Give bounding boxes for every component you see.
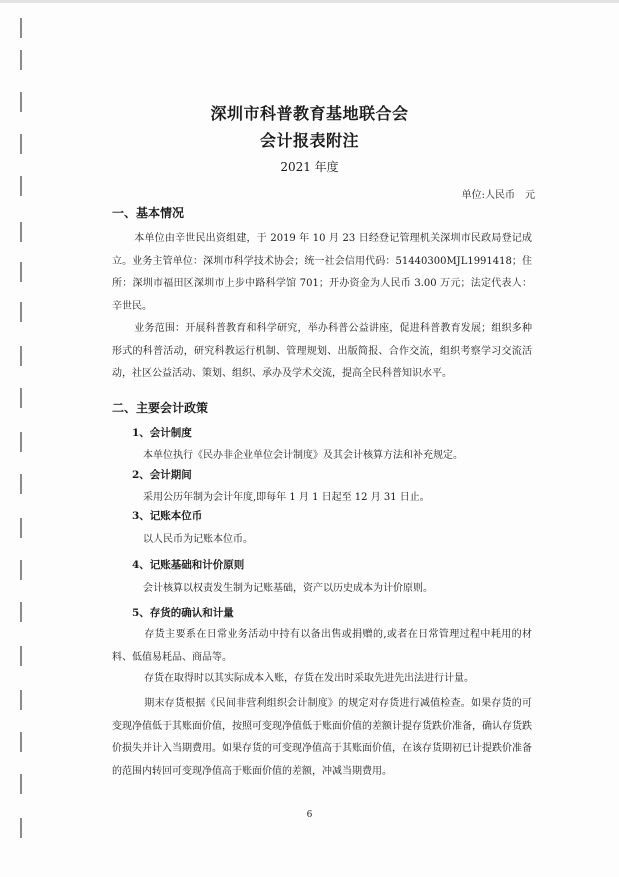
page-number: 6	[0, 810, 619, 820]
section1-para1: 本单位由辛世民出资组建，于 2019 年 10 月 23 日经登记管理机关深圳市…	[112, 228, 532, 318]
currency-unit: 单位:人民币 元	[462, 186, 535, 201]
policy-1-text: 本单位执行《民办非企业单位会计制度》及其会计核算方法和补充规定。	[143, 446, 463, 461]
policy-4-title: 4、记账基础和计价原则	[132, 557, 244, 572]
policy-3-text: 以人民币为记账本位币。	[143, 530, 253, 545]
policy-5-para1-text: 存货主要系在日常业务活动中持有以备出售或捐赠的,或者在日常管理过程中耗用的材料、…	[112, 629, 532, 663]
doc-title: 会计报表附注	[0, 128, 619, 151]
section1-para2-text: 业务范围：开展科普教育和科学研究，举办科普公益讲座，促进科普教育发展；组织多种形…	[112, 323, 532, 379]
report-year: 2021 年度	[0, 158, 619, 175]
section1-para1-text: 本单位由辛世民出资组建，于 2019 年 10 月 23 日经登记管理机关深圳市…	[112, 233, 532, 312]
policy-1-title: 1、会计制度	[132, 425, 192, 440]
org-title: 深圳市科普教育基地联合会	[0, 101, 619, 124]
policy-4-text: 会计核算以权责发生制为记账基础，资产以历史成本为计价原则。	[143, 579, 433, 594]
policy-2-text: 采用公历年制为会计年度,即每年 1 月 1 日起至 12 月 31 日止。	[143, 488, 430, 503]
policy-3-title: 3、记账本位币	[132, 508, 202, 523]
document-page: 深圳市科普教育基地联合会 会计报表附注 2021 年度 单位:人民币 元 一、基…	[0, 0, 619, 877]
policy-5-title: 5、存货的确认和计量	[132, 605, 234, 620]
policy-5-para3: 期末存货根据《民间非营利组织会计制度》的规定对存货进行减值检查。如果存货的可变现…	[112, 693, 532, 783]
policy-5-para3-text: 期末存货根据《民间非营利组织会计制度》的规定对存货进行减值检查。如果存货的可变现…	[112, 698, 532, 777]
section2-heading: 二、主要会计政策	[112, 399, 208, 416]
policy-5-para2-text: 存货在取得时以其实际成本入账，存货在发出时采取先进先出法进行计量。	[144, 673, 474, 684]
section1-heading: 一、基本情况	[112, 204, 184, 221]
policy-2-title: 2、会计期间	[132, 467, 192, 482]
policy-5-para1: 存货主要系在日常业务活动中持有以备出售或捐赠的,或者在日常管理过程中耗用的材料、…	[112, 624, 532, 669]
section1-para2: 业务范围：开展科普教育和科学研究，举办科普公益讲座，促进科普教育发展；组织多种形…	[112, 318, 532, 386]
policy-5-para2: 存货在取得时以其实际成本入账，存货在发出时采取先进先出法进行计量。	[112, 668, 532, 691]
